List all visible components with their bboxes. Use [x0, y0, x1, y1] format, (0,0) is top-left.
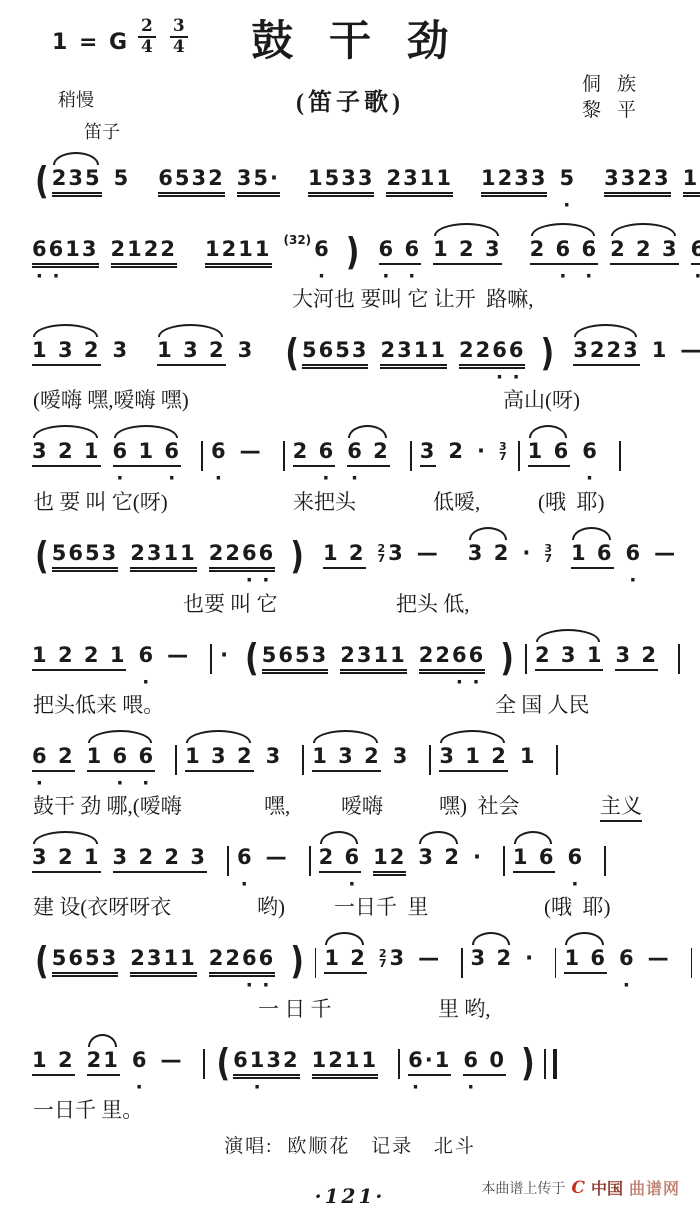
note-group: 1 6: [571, 541, 614, 569]
instrument-label: 笛子: [84, 118, 120, 144]
note-char: 3: [266, 744, 283, 769]
grace-lower: 7: [544, 554, 552, 564]
note-char: 3: [615, 643, 632, 668]
barline: [619, 441, 621, 471]
note-char: 3: [357, 643, 374, 668]
note-group: 1 2: [323, 541, 366, 569]
barline: [525, 644, 527, 674]
note-char: 3: [68, 166, 85, 191]
note-char: 2: [435, 643, 452, 668]
grace-lower: 7: [378, 554, 386, 564]
note-char: [49, 845, 58, 870]
note-char: 3: [388, 541, 405, 566]
note-char: [49, 1048, 58, 1073]
note-group: —: [266, 845, 289, 870]
music-line: 661321221211(32)6)6 61 2 32 6 62 2 36 1: [18, 219, 700, 283]
watermark: 本曲谱上传于 C 中国 曲谱网: [481, 1176, 680, 1199]
parenthesis: (: [35, 541, 49, 572]
note-group: 3: [393, 744, 410, 769]
note-char: 5: [253, 166, 270, 191]
note-char: 1: [433, 237, 450, 262]
note-char: 3: [561, 643, 578, 668]
note-char: 3: [32, 845, 49, 870]
lyric-segment: 鼓干 劲 哪,(嗳嗨: [33, 790, 182, 820]
note-char: 3: [573, 338, 590, 363]
note-char: 3: [32, 439, 49, 464]
note-char: 1: [481, 166, 498, 191]
score-area: (2355653235·1533231112335332311226613212…: [0, 148, 700, 1124]
note-char: 2: [419, 643, 436, 668]
lyric-segment: 一 日 千: [258, 993, 332, 1023]
note-char: 3: [338, 744, 355, 769]
lyric-segment: 一日千 里: [334, 891, 429, 921]
quputan-logo-icon: C: [571, 1178, 585, 1198]
performer-name: 欧顺花: [287, 1136, 350, 1157]
note-char: 6: [32, 237, 49, 262]
note-char: [228, 744, 237, 769]
barline: [227, 846, 229, 876]
note-group: 6 2: [32, 744, 75, 772]
note-char: [155, 845, 164, 870]
note-char: 2: [535, 643, 552, 668]
note-char: 2: [283, 1048, 300, 1073]
barline: [691, 948, 692, 978]
note-char: 3: [485, 237, 502, 262]
note-char: [627, 237, 636, 262]
note-char: 1: [324, 946, 341, 971]
watermark-text: 本曲谱上传于: [481, 1178, 565, 1198]
note-char: 2: [237, 744, 254, 769]
note-group: 5653: [302, 338, 369, 366]
note-char: 2: [319, 845, 336, 870]
note-char: [49, 439, 58, 464]
lyric-segment: (哦 耶): [538, 486, 605, 516]
note-group: 6 6: [379, 237, 422, 265]
barline: [201, 441, 203, 471]
note-char: ·: [477, 439, 487, 464]
note-char: 3: [113, 845, 130, 870]
music-system: 1 3 231 3 23(565323112266)32231—(嗳嗨 嘿,嗳嗨…: [18, 320, 700, 414]
note-group: 1122: [683, 166, 700, 194]
note-group: —: [240, 439, 263, 464]
note-char: [572, 237, 581, 262]
note-char: 2: [293, 439, 310, 464]
note-char: 1: [436, 166, 453, 191]
note-group: 6532: [158, 166, 225, 194]
note-group: 2266: [209, 946, 276, 974]
note-char: 3: [352, 338, 369, 363]
note-char: [546, 237, 555, 262]
note-char: 3: [662, 237, 679, 262]
note-char: 5: [559, 166, 576, 191]
barline: [302, 745, 304, 775]
note-char: 2: [606, 338, 623, 363]
note-char: 1: [587, 643, 604, 668]
note-group: 1 6: [528, 439, 571, 467]
note-char: 2: [459, 237, 476, 262]
lyric-segment: 全 国 人民: [495, 689, 590, 719]
note-char: 3: [102, 946, 119, 971]
grace-lower: 7: [499, 452, 507, 462]
note-char: 3: [238, 338, 255, 363]
note-char: 1: [157, 338, 174, 363]
lyric-segment: 把头低来 喂。: [33, 689, 164, 719]
note-char: 1: [323, 541, 340, 566]
note-char: 2: [209, 946, 226, 971]
note-group: ·: [220, 643, 230, 668]
score-header: 1 = G 2 4 3 4 鼓干劲 稍慢 (笛子歌) 侗族 黎平 笛子: [0, 0, 700, 148]
note-char: 2: [52, 166, 69, 191]
note-char: 1: [571, 541, 588, 566]
note-char: [544, 439, 553, 464]
note-group: 3: [113, 338, 130, 363]
note-char: 3: [341, 166, 358, 191]
note-group: 2 2 3: [610, 237, 679, 265]
note-group: 1 2: [32, 1048, 75, 1076]
barline: [461, 948, 462, 978]
note-char: 2: [386, 166, 403, 191]
barline: [309, 846, 311, 876]
grace-note: 27: [378, 544, 386, 564]
note-char: [75, 845, 84, 870]
note-group: ·: [522, 541, 532, 566]
note-char: [435, 845, 444, 870]
note-group: 1 6 6: [87, 744, 156, 772]
music-system: 3 2 16 1 66—2 66 232·371 66也 要 叫 它(呀)来把头…: [18, 421, 700, 516]
note-char: 2: [340, 643, 357, 668]
note-char: 2: [496, 946, 513, 971]
note-char: 6: [539, 845, 556, 870]
recorder-label: 记录: [371, 1136, 413, 1157]
note-group: 1533: [308, 166, 375, 194]
note-char: [129, 845, 138, 870]
note-char: 2: [58, 643, 75, 668]
barline: [604, 846, 606, 876]
note-char: 1: [32, 643, 49, 668]
lyric-segment: 低嗳,: [433, 486, 480, 516]
note-char: [588, 541, 597, 566]
note-group: 35·: [237, 166, 280, 194]
note-char: 3: [102, 541, 119, 566]
parenthesis: (: [35, 165, 49, 196]
recorder-name: 北斗: [434, 1136, 476, 1157]
note-group: 6: [626, 541, 643, 566]
note-char: 1: [465, 744, 482, 769]
note-char: 1: [110, 643, 127, 668]
lyric-segment: 嘿) 社会: [439, 790, 520, 820]
note-char: 6: [242, 946, 259, 971]
note-char: 6: [554, 439, 571, 464]
note-char: 6: [597, 541, 614, 566]
note-group: 3323: [604, 166, 671, 194]
note-char: [530, 845, 539, 870]
note-char: 2: [373, 439, 390, 464]
note-char: 2: [590, 338, 607, 363]
note-char: 6: [68, 946, 85, 971]
note-char: 2: [637, 166, 654, 191]
note-char: 6: [379, 237, 396, 262]
note-char: 6: [691, 237, 700, 262]
note-group: 6: [237, 845, 254, 870]
barline: [518, 441, 520, 471]
note-char: —: [167, 643, 190, 668]
note-group: 1 2 3: [433, 237, 502, 265]
lyric-segment: 来把头: [293, 486, 356, 516]
note-group: 2266: [209, 541, 276, 569]
barline: [556, 745, 558, 775]
note-char: 6: [138, 643, 155, 668]
note-char: 6: [49, 237, 66, 262]
note-char: 1: [84, 845, 101, 870]
note-char: ·: [270, 166, 280, 191]
note-char: 1: [87, 744, 104, 769]
note-char: [355, 744, 364, 769]
note-char: [174, 338, 183, 363]
note-char: [155, 439, 164, 464]
note-char: 1: [238, 237, 255, 262]
note-group: 6: [314, 237, 331, 262]
note-char: 1: [84, 439, 101, 464]
note-char: [480, 1048, 489, 1073]
note-char: —: [680, 338, 700, 363]
note-char: —: [266, 845, 289, 870]
note-char: 3: [211, 744, 228, 769]
note-char: 2: [476, 338, 493, 363]
parenthesis: ): [500, 642, 514, 673]
grace-note: 37: [499, 442, 507, 462]
note-char: 1: [308, 166, 325, 191]
note-char: 2: [130, 946, 147, 971]
lyric-segment: 嘿,: [264, 790, 290, 820]
note-char: 2: [448, 439, 465, 464]
music-system: 1 2 2 16—·(565323112266)2 3 13 2把头低来 喂。全…: [18, 625, 700, 719]
note-char: 0: [489, 1048, 506, 1073]
note-char: 6: [567, 845, 584, 870]
note-char: 2: [636, 237, 653, 262]
note-char: 6: [113, 744, 130, 769]
note-char: —: [654, 541, 677, 566]
note-group: 5653: [52, 541, 119, 569]
note-char: 6: [404, 237, 421, 262]
note-char: 2: [138, 845, 155, 870]
note-char: 6: [319, 338, 336, 363]
note-char: 3: [531, 166, 548, 191]
music-line: (565323112266)1 2273—3 2·371 66—: [18, 523, 700, 588]
note-group: 5: [114, 166, 131, 191]
note-char: 1: [513, 845, 530, 870]
note-char: 1: [390, 643, 407, 668]
note-group: 6: [567, 845, 584, 870]
note-char: ·: [425, 1048, 435, 1073]
note-char: [578, 643, 587, 668]
note-char: —: [240, 439, 263, 464]
note-char: 3: [358, 166, 375, 191]
lyric-segment: 建 设(衣呀呀衣: [33, 891, 171, 921]
note-char: 3: [147, 541, 164, 566]
parenthesis: ): [540, 337, 554, 368]
note-group: 2 6: [319, 845, 362, 873]
note-char: 3: [471, 946, 488, 971]
note-group: 3: [390, 946, 407, 971]
note-char: 2: [491, 744, 508, 769]
note-char: 1: [163, 946, 180, 971]
note-char: 2: [459, 338, 476, 363]
barline: [410, 441, 412, 471]
note-char: 2: [350, 946, 367, 971]
note-group: 6 0: [463, 1048, 506, 1076]
music-line: (2355653235·153323111233533231122: [18, 148, 700, 212]
note-char: 6: [132, 1048, 149, 1073]
note-char: 1: [138, 439, 155, 464]
note-char: 6: [32, 744, 49, 769]
watermark-site-strong: 中国: [591, 1176, 623, 1199]
note-group: —: [417, 541, 440, 566]
note-group: 2266: [459, 338, 526, 366]
note-group: —: [167, 643, 190, 668]
note-char: 6: [347, 439, 364, 464]
note-char: [200, 338, 209, 363]
note-group: 6132: [233, 1048, 300, 1076]
note-char: ·: [220, 643, 230, 668]
note-char: 1: [312, 744, 329, 769]
note-char: 3: [514, 166, 531, 191]
note-char: 3: [312, 643, 329, 668]
note-char: 1: [127, 237, 144, 262]
note-group: 2266: [419, 643, 486, 671]
note-group: 1211: [205, 237, 272, 265]
note-char: [476, 237, 485, 262]
note-char: 1: [312, 1048, 329, 1073]
note-char: [129, 744, 138, 769]
note-group: 1: [652, 338, 669, 363]
lyric-segment: 把头 低,: [396, 588, 470, 618]
note-char: ·: [522, 541, 532, 566]
barline: [398, 1049, 400, 1079]
note-group: ·: [473, 845, 483, 870]
note-char: 3: [190, 845, 207, 870]
note-char: [482, 744, 491, 769]
music-line: 6 21 6 61 3 231 3 233 1 21: [18, 726, 700, 790]
note-char: 2: [84, 338, 101, 363]
note-group: 3: [388, 541, 405, 566]
note-char: 1: [373, 845, 390, 870]
note-group: 6 2: [347, 439, 390, 467]
note-char: 1: [180, 541, 197, 566]
note-char: 6: [211, 439, 228, 464]
music-system: 1 2216—(613212116·16 0)一日千 里。: [18, 1030, 700, 1124]
note-group: 3 1 2: [439, 744, 508, 772]
note-char: 2: [494, 541, 511, 566]
note-group: ·: [525, 946, 535, 971]
parenthesis: ): [290, 541, 304, 572]
note-group: 2: [448, 439, 465, 464]
note-char: 6: [138, 744, 155, 769]
note-char: 3: [418, 845, 435, 870]
origin-place: 黎平: [582, 98, 652, 124]
note-char: 5: [302, 338, 319, 363]
note-char: [103, 744, 112, 769]
lyrics-line: 一日千 里。: [18, 1094, 700, 1124]
note-group: 6: [582, 439, 599, 464]
note-char: ·: [525, 946, 535, 971]
note-group: 3 2 1: [32, 439, 101, 467]
lyric-segment: 里 哟,: [438, 993, 491, 1023]
note-char: 6: [113, 439, 130, 464]
note-group: 21: [87, 1048, 120, 1076]
note-char: 1: [345, 1048, 362, 1073]
note-char: 6: [68, 541, 85, 566]
note-group: 235: [52, 166, 102, 194]
note-char: 1: [435, 1048, 452, 1073]
note-char: 6: [408, 1048, 425, 1073]
note-char: [101, 643, 110, 668]
note-char: 1: [255, 237, 272, 262]
note-group: 6: [211, 439, 228, 464]
note-char: 3: [113, 338, 130, 363]
music-line: 3 2 16 1 66—2 66 232·371 66: [18, 421, 700, 486]
note-char: 6: [158, 166, 175, 191]
note-char: 2: [380, 338, 397, 363]
barline: [283, 441, 285, 471]
note-char: 5: [85, 541, 102, 566]
note-char: 1: [32, 338, 49, 363]
note-char: 5: [295, 643, 312, 668]
note-char: 1: [374, 643, 391, 668]
note-char: 3: [654, 166, 671, 191]
note-char: 6: [278, 643, 295, 668]
note-group: 2311: [386, 166, 453, 194]
note-char: 2: [164, 845, 181, 870]
note-char: 3: [604, 166, 621, 191]
note-group: 6·1: [408, 1048, 451, 1076]
note-group: 6: [619, 946, 636, 971]
note-char: [450, 237, 459, 262]
note-char: 1: [103, 1048, 120, 1073]
note-group: 1233: [481, 166, 548, 194]
performer-credits: 演唱:欧顺花 记录 北斗: [0, 1131, 700, 1158]
note-char: 2: [84, 643, 101, 668]
note-group: 3 2 2 3: [113, 845, 207, 873]
note-char: 2: [144, 237, 161, 262]
note-char: 2: [390, 845, 407, 870]
note-char: 3: [266, 1048, 283, 1073]
note-char: 5: [85, 166, 102, 191]
note-char: 1: [652, 338, 669, 363]
parenthesis: ): [521, 1047, 535, 1078]
music-line: 3 2 13 2 2 36—2 6123 2·1 66: [18, 827, 700, 891]
parenthesis: ): [290, 946, 304, 977]
note-char: 2: [208, 166, 225, 191]
note-group: 5653: [262, 643, 329, 671]
note-group: ·: [477, 439, 487, 464]
note-char: 2: [87, 1048, 104, 1073]
note-char: 5: [85, 946, 102, 971]
note-char: 6: [259, 946, 276, 971]
note-char: 6: [469, 643, 486, 668]
note-char: [340, 541, 349, 566]
note-char: 2: [58, 1048, 75, 1073]
music-line: 1 3 231 3 23(565323112266)32231—: [18, 320, 700, 384]
lyric-segment: 也要 叫 它: [183, 588, 278, 618]
note-char: 1: [520, 744, 537, 769]
note-group: 1 3 2: [157, 338, 226, 366]
note-char: 6: [164, 439, 181, 464]
note-char: 5: [335, 338, 352, 363]
note-group: 3 2 1: [32, 845, 101, 873]
lyric-segment: (哦 耶): [544, 891, 611, 921]
note-group: 1211: [312, 1048, 379, 1076]
final-barline: [544, 1049, 557, 1079]
